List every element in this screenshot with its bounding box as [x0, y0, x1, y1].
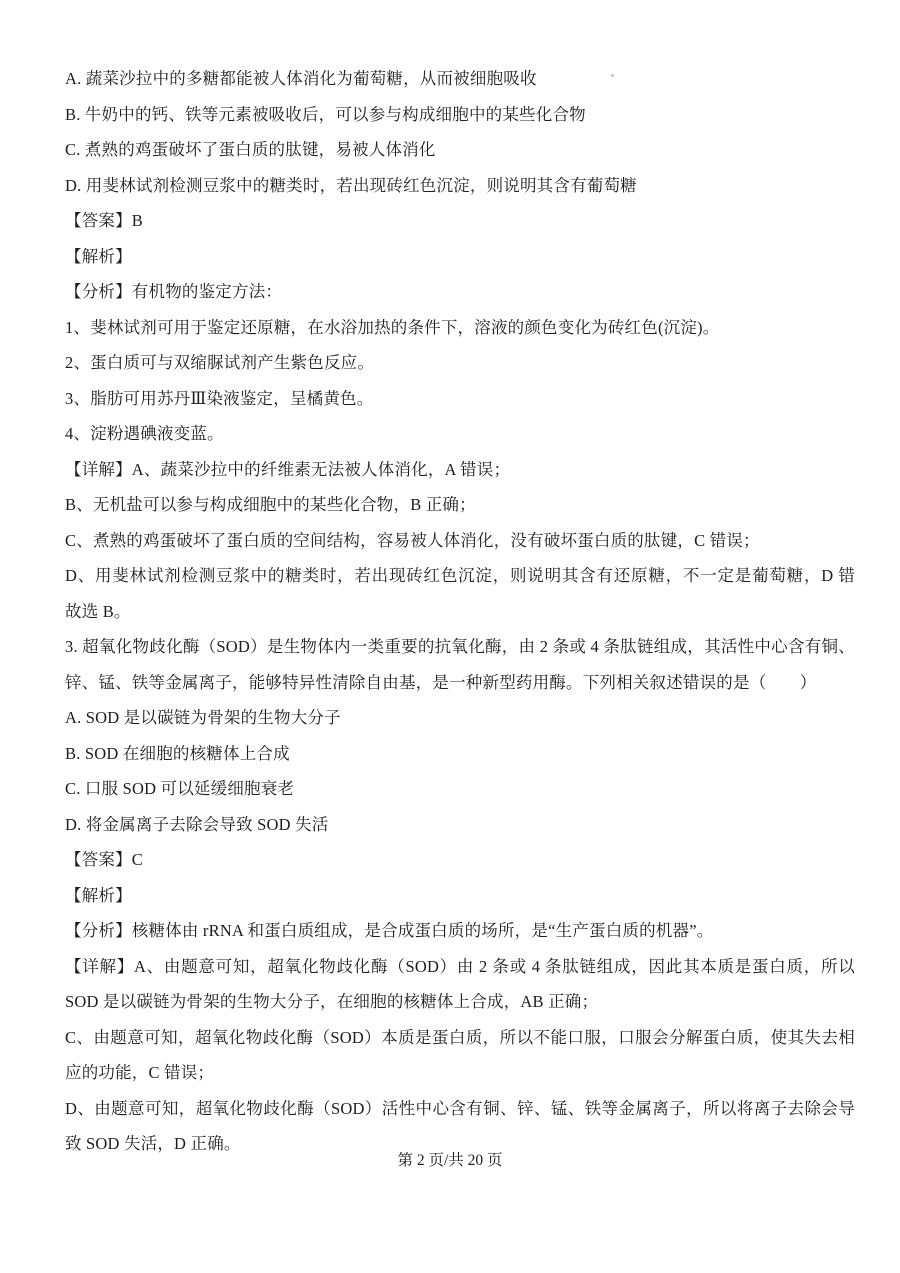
text-line: 【解析】	[65, 239, 855, 275]
text-line: 故选 B。	[65, 594, 855, 630]
text-line: B. SOD 在细胞的核糖体上合成	[65, 736, 855, 772]
text-line: 【解析】	[65, 878, 855, 914]
text-line: SOD 是以碳链为骨架的生物大分子，在细胞的核糖体上合成，AB 正确；	[65, 984, 855, 1020]
text-line: C、由题意可知，超氧化物歧化酶（SOD）本质是蛋白质，所以不能口服，口服会分解蛋…	[65, 1020, 855, 1056]
text-line: D. 用斐林试剂检测豆浆中的糖类时，若出现砖红色沉淀，则说明其含有葡萄糖	[65, 168, 855, 204]
text-line: B、无机盐可以参与构成细胞中的某些化合物，B 正确；	[65, 487, 855, 523]
text-line: C、煮熟的鸡蛋破坏了蛋白质的空间结构，容易被人体消化，没有破坏蛋白质的肽键，C …	[65, 523, 855, 559]
text-line: D、用斐林试剂检测豆浆中的糖类时，若出现砖红色沉淀，则说明其含有还原糖，不一定是…	[65, 558, 855, 594]
text-line: D、由题意可知，超氧化物歧化酶（SOD）活性中心含有铜、锌、锰、铁等金属离子，所…	[65, 1091, 855, 1127]
scan-artifact-dot	[611, 74, 614, 77]
document-body: A. 蔬菜沙拉中的多糖都能被人体消化为葡萄糖，从而被细胞吸收B. 牛奶中的钙、铁…	[65, 61, 855, 1162]
text-line: 【答案】B	[65, 203, 855, 239]
text-line: 【答案】C	[65, 842, 855, 878]
page-number: 第 2 页/共 20 页	[397, 1152, 502, 1169]
text-line: B. 牛奶中的钙、铁等元素被吸收后，可以参与构成细胞中的某些化合物	[65, 97, 855, 133]
text-line: A. SOD 是以碳链为骨架的生物大分子	[65, 700, 855, 736]
text-line: 3、脂肪可用苏丹Ⅲ染液鉴定，呈橘黄色。	[65, 381, 855, 417]
text-line: 应的功能，C 错误；	[65, 1055, 855, 1091]
text-line: 【分析】有机物的鉴定方法：	[65, 274, 855, 310]
text-line: 【分析】核糖体由 rRNA 和蛋白质组成，是合成蛋白质的场所，是“生产蛋白质的机…	[65, 913, 855, 949]
text-line: D. 将金属离子去除会导致 SOD 失活	[65, 807, 855, 843]
text-line: 4、淀粉遇碘液变蓝。	[65, 416, 855, 452]
document-page: A. 蔬菜沙拉中的多糖都能被人体消化为葡萄糖，从而被细胞吸收B. 牛奶中的钙、铁…	[0, 0, 900, 1273]
text-line: 2、蛋白质可与双缩脲试剂产生紫色反应。	[65, 345, 855, 381]
text-line: 【详解】A、蔬菜沙拉中的纤维素无法被人体消化，A 错误；	[65, 452, 855, 488]
text-line: 锌、锰、铁等金属离子，能够特异性清除自由基，是一种新型药用酶。下列相关叙述错误的…	[65, 665, 855, 701]
text-line: 【详解】A、由题意可知，超氧化物歧化酶（SOD）由 2 条或 4 条肽链组成，因…	[65, 949, 855, 985]
text-line: 3. 超氧化物歧化酶（SOD）是生物体内一类重要的抗氧化酶，由 2 条或 4 条…	[65, 629, 855, 665]
page-footer: 第 2 页/共 20 页	[0, 1150, 900, 1172]
text-line: 1、斐林试剂可用于鉴定还原糖，在水浴加热的条件下，溶液的颜色变化为砖红色(沉淀)…	[65, 310, 855, 346]
text-line: C. 煮熟的鸡蛋破坏了蛋白质的肽键，易被人体消化	[65, 132, 855, 168]
text-line: A. 蔬菜沙拉中的多糖都能被人体消化为葡萄糖，从而被细胞吸收	[65, 61, 855, 97]
text-line: C. 口服 SOD 可以延缓细胞衰老	[65, 771, 855, 807]
